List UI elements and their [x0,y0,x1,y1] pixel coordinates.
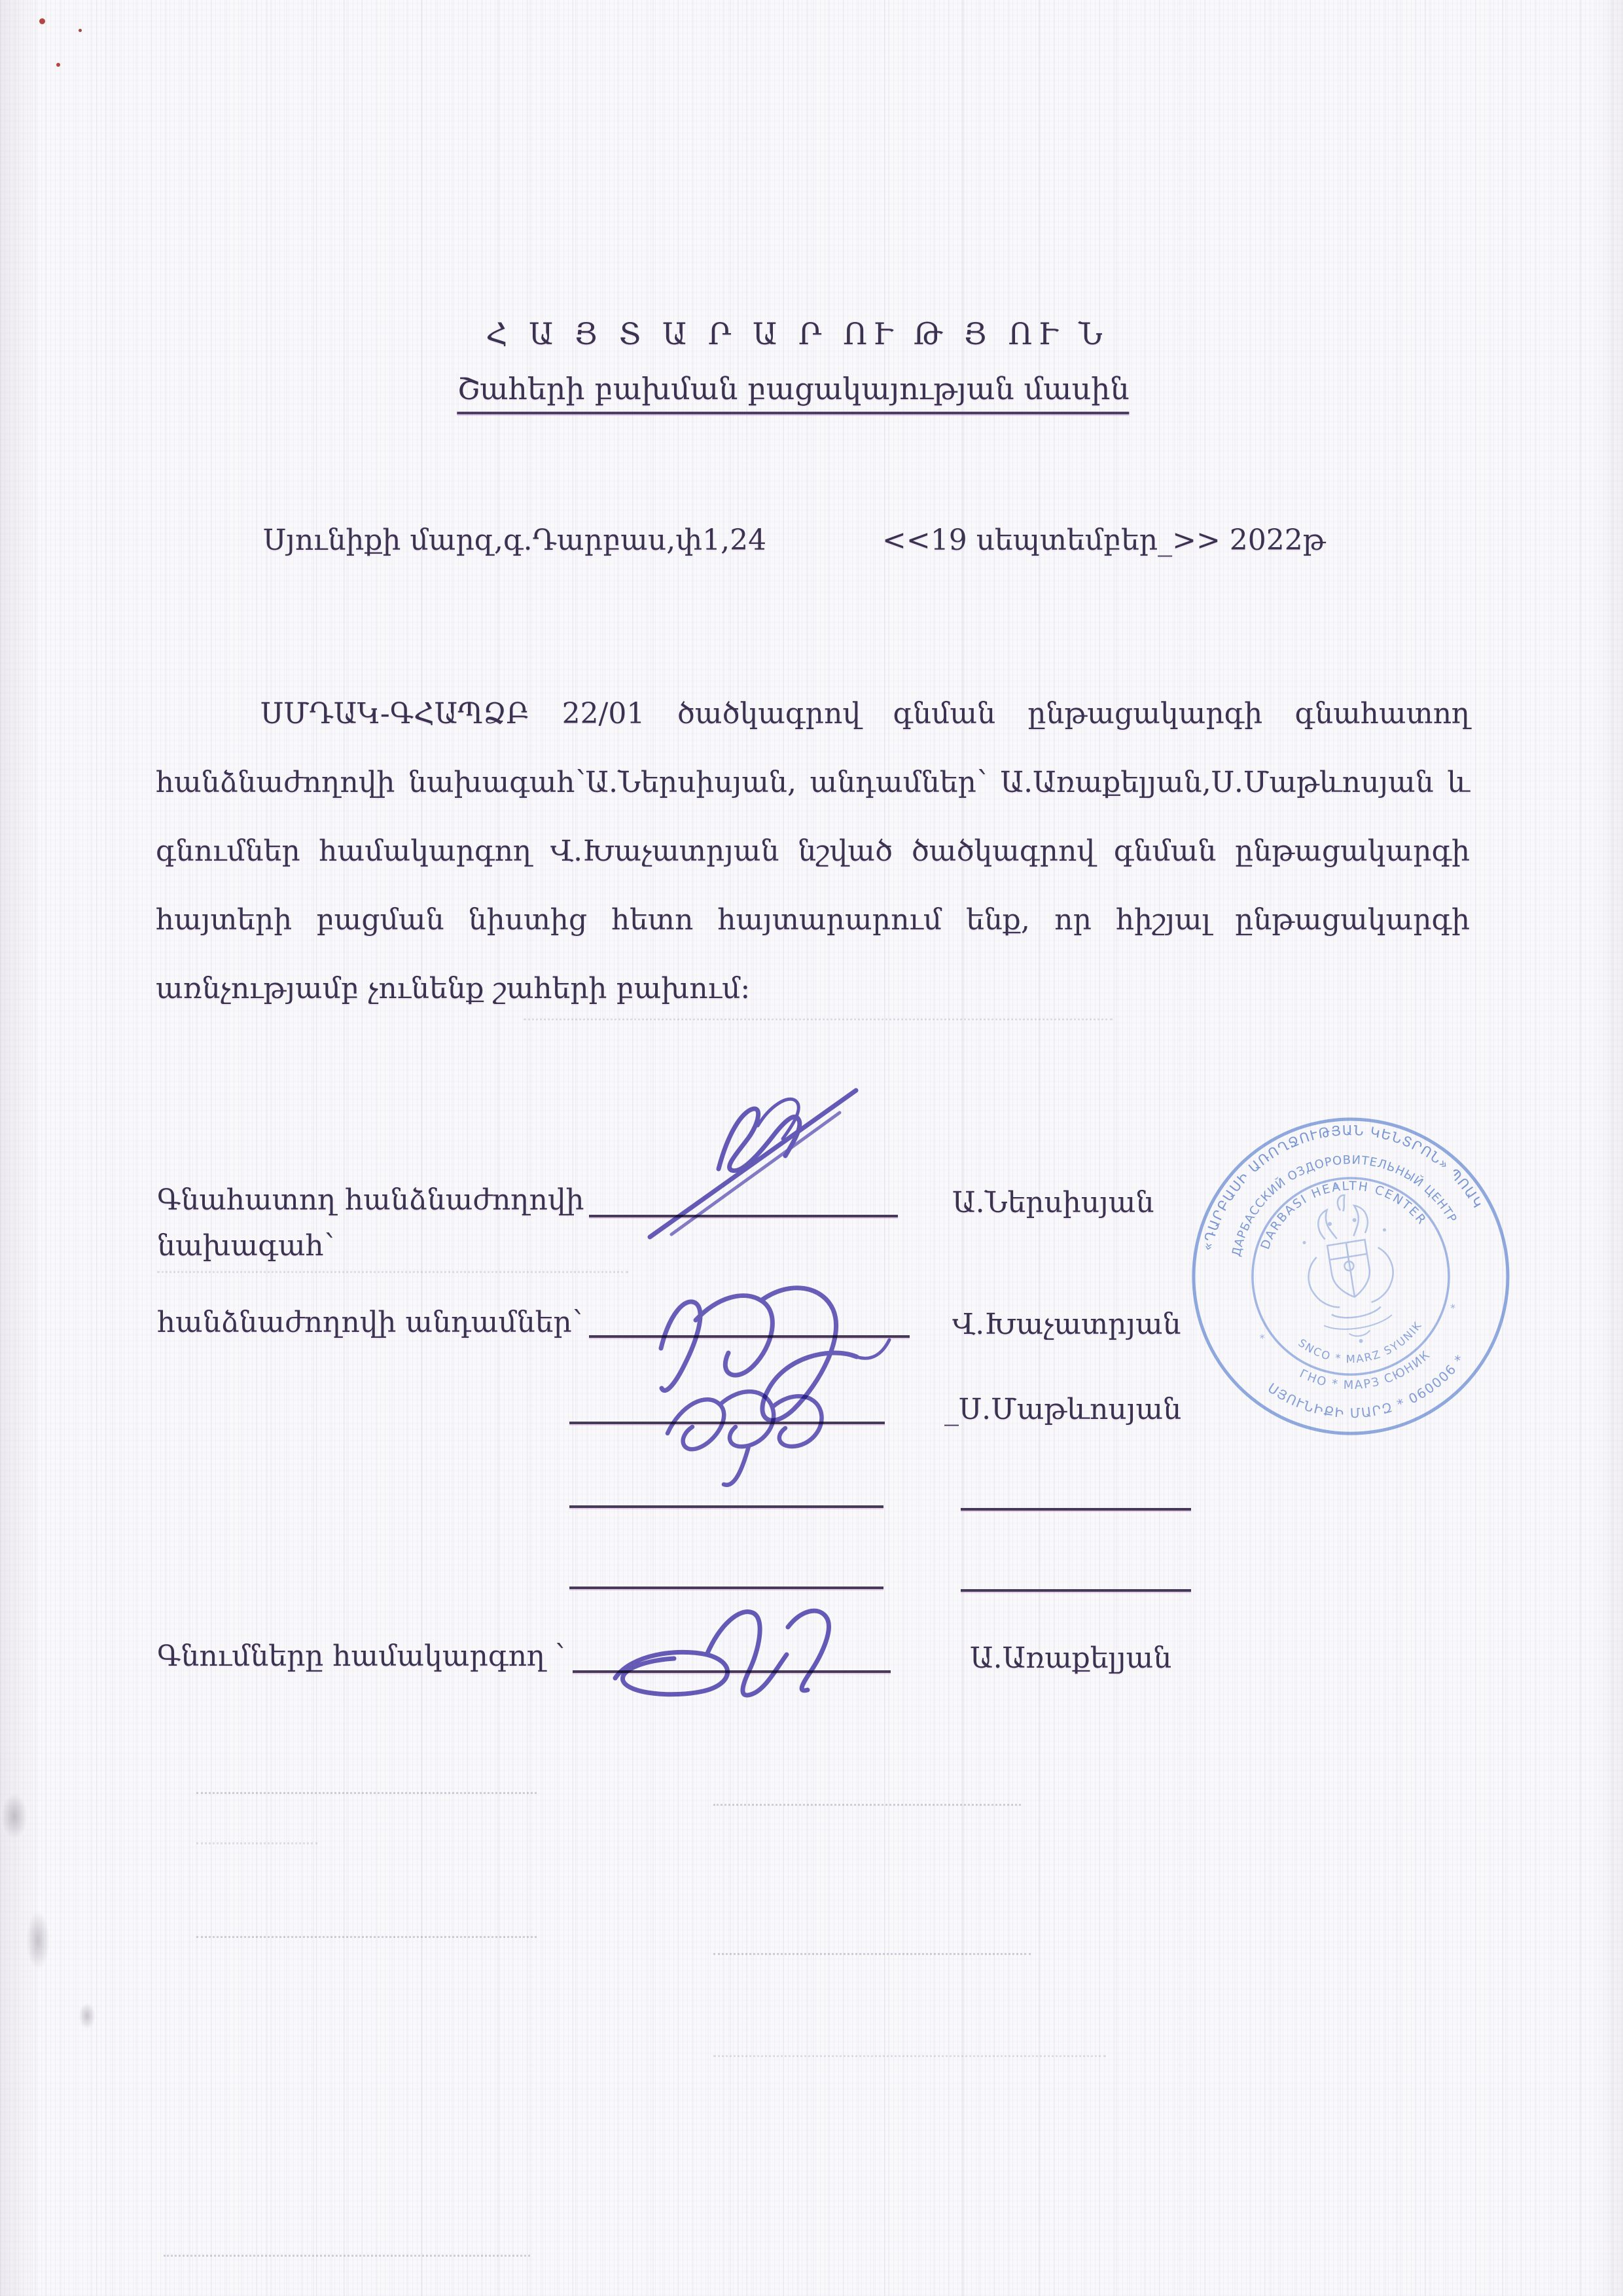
member2-signature [643,1350,872,1500]
scan-artifact-line [524,1018,1113,1020]
body-line-2: հանձնաժողովի նախագահ՝Ա.Ներսիսյան, անդամն… [156,748,1470,817]
scan-speck [79,29,82,32]
official-stamp: «ԴԱՐԲԱՍԻ ԱՌՈՂՋՈՒԹՅԱՆ ԿԵՆՏՐՈՆ» ՊՈԱԿ ՍՅՈՒՆ… [1162,1088,1541,1466]
body-line-5: առնչությամբ չունենք շահերի բախում: [156,954,1470,1023]
document-title: Հ Ա Յ Տ Ա Ր Ա Ր ՈՒ Թ Յ ՈՒ Ն [486,316,1108,351]
signature-line-empty-right-1 [961,1508,1191,1511]
scan-artifact-line [713,1953,1031,1955]
scan-speck [56,63,60,67]
body-paragraph: ՍՄԴԱԿ-ԳՀԱՊՁԲ 22/01 ծածկագրով գնման ընթաց… [156,679,1470,1023]
scan-artifact-line [196,1792,537,1794]
member1-name: Վ.Խաչատրյան [952,1308,1181,1341]
scan-smudge [26,1911,50,1970]
coordinator-signature [597,1585,891,1716]
scan-artifact-line [713,1804,1021,1806]
chairman-label-line1: Գնահատող հանձնաժողովի [157,1183,584,1217]
scan-smudge [1,1793,27,1839]
location-line: Սյունիքի մարզ,գ.Դարբաս,փ1,24 [263,524,766,557]
scan-artifact-line [196,1936,537,1938]
chairman-name: Ա.Ներսիսյան [952,1186,1154,1219]
stamp-asterisk-left: * [1259,1332,1266,1345]
body-line-4: հայտերի բացման նիստից հետո հայտարարում ե… [156,886,1470,954]
coordinator-name: Ա.Առաքելյան [970,1641,1171,1675]
body-line-1: ՍՄԴԱԿ-ԳՀԱՊՁԲ 22/01 ծածկագրով գնման ընթաց… [156,679,1470,748]
date-line: <<19 սեպտեմբեր_>> 2022թ [882,524,1326,557]
members-label: հանձնաժողովի անդամներ՝ [157,1306,582,1339]
body-line-3: գնումներ համակարգող Վ.Խաչատրյան նշված ծա… [156,817,1470,886]
scan-speck [39,18,45,24]
signature-line-empty-right-2 [961,1589,1191,1592]
scan-artifact-line [196,1842,317,1844]
chairman-signature [620,1066,902,1255]
document-subtitle: Շահերի բախման բացակայության մասին [457,371,1129,414]
scanned-document-page: Հ Ա Յ Տ Ա Ր Ա Ր ՈՒ Թ Յ ՈՒ Ն Շահերի բախմա… [0,0,1623,2296]
member2-name: _Ս.Մաթևոսյան [944,1393,1181,1426]
chairman-label-line2: նախագահ՝ [157,1229,334,1263]
stamp-asterisk-right: * [1450,1302,1457,1315]
scan-artifact-line [164,2255,530,2257]
scan-smudge [79,2003,96,2029]
scan-artifact-line [157,1271,628,1273]
scan-artifact-line [713,2055,1106,2057]
coordinator-label: Գնումները համակարգող ՝ [157,1640,565,1673]
signature-line-empty-left-1 [569,1505,883,1508]
